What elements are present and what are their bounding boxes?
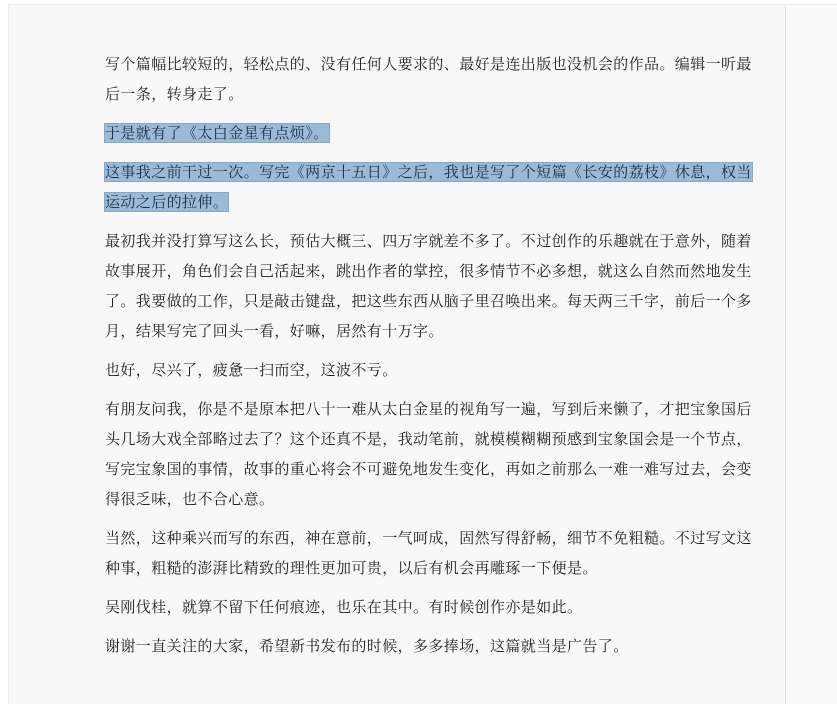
paragraph-1: 写个篇幅比较短的，轻松点的、没有任何人要求的、最好是连出版也没机会的作品。编辑一… xyxy=(105,49,757,109)
selected-text[interactable]: 这事我之前干过一次。写完《两京十五日》之后，我也是写了个短篇《长安的荔枝》休息，… xyxy=(105,163,752,211)
paragraph-3-selected: 这事我之前干过一次。写完《两京十五日》之后，我也是写了个短篇《长安的荔枝》休息，… xyxy=(105,157,757,217)
paragraph-text: 有朋友问我，你是不是原本把八十一难从太白金星的视角写一遍，写到后来懒了，才把宝象… xyxy=(105,400,752,508)
paragraph-text: 写个篇幅比较短的，轻松点的、没有任何人要求的、最好是连出版也没机会的作品。编辑一… xyxy=(105,55,752,103)
paragraph-4: 最初我并没打算写这么长，预估大概三、四万字就差不多了。不过创作的乐趣就在于意外，… xyxy=(105,226,757,346)
selected-text[interactable]: 于是就有了《太白金星有点烦》。 xyxy=(105,124,329,142)
paragraph-7: 当然，这种乘兴而写的东西，神在意前，一气呵成，固然写得舒畅，细节不免粗糙。不过写… xyxy=(105,523,757,583)
document-page: 写个篇幅比较短的，轻松点的、没有任何人要求的、最好是连出版也没机会的作品。编辑一… xyxy=(8,4,786,689)
document-body[interactable]: 写个篇幅比较短的，轻松点的、没有任何人要求的、最好是连出版也没机会的作品。编辑一… xyxy=(105,49,757,670)
paragraph-text: 最初我并没打算写这么长，预估大概三、四万字就差不多了。不过创作的乐趣就在于意外，… xyxy=(105,232,752,340)
paragraph-2-selected: 于是就有了《太白金星有点烦》。 xyxy=(105,118,757,148)
paragraph-text: 当然，这种乘兴而写的东西，神在意前，一气呵成，固然写得舒畅，细节不免粗糙。不过写… xyxy=(105,529,752,577)
paragraph-8: 吴刚伐桂，就算不留下任何痕迹，也乐在其中。有时候创作亦是如此。 xyxy=(105,592,757,622)
paragraph-9: 谢谢一直关注的大家，希望新书发布的时候，多多捧场，这篇就当是广告了。 xyxy=(105,631,757,661)
paragraph-text: 也好，尽兴了，疲惫一扫而空，这波不亏。 xyxy=(105,361,398,379)
paragraph-text: 吴刚伐桂，就算不留下任何痕迹，也乐在其中。有时候创作亦是如此。 xyxy=(105,598,582,616)
paragraph-text: 谢谢一直关注的大家，希望新书发布的时候，多多捧场，这篇就当是广告了。 xyxy=(105,637,629,655)
right-margin-panel xyxy=(787,4,837,689)
paragraph-5: 也好，尽兴了，疲惫一扫而空，这波不亏。 xyxy=(105,355,757,385)
paragraph-6: 有朋友问我，你是不是原本把八十一难从太白金星的视角写一遍，写到后来懒了，才把宝象… xyxy=(105,394,757,514)
